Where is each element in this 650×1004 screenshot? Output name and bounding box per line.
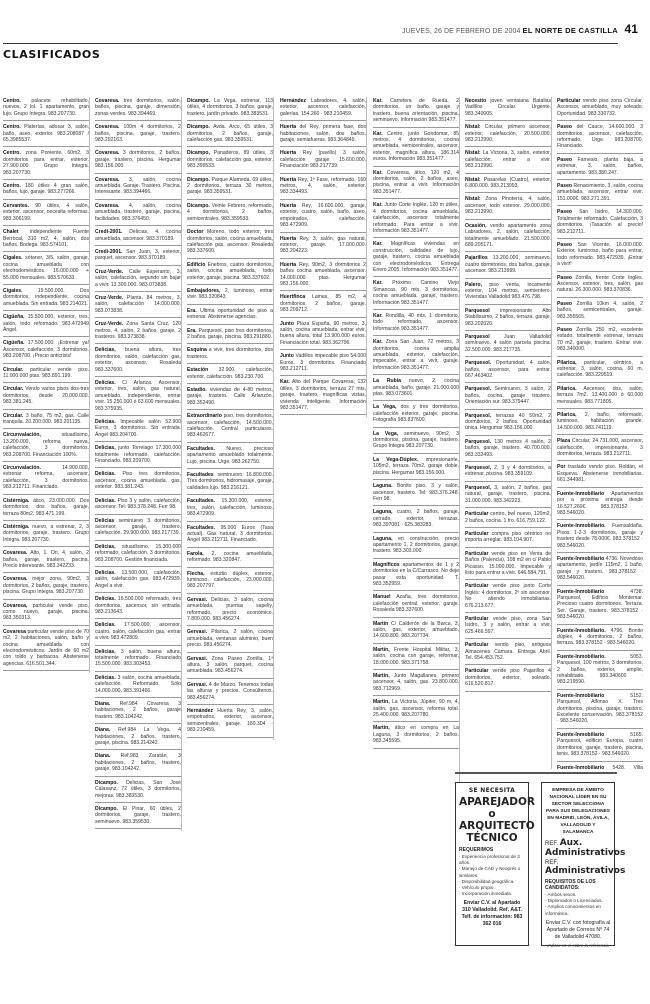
entry-keyword: Dicampo. [95, 806, 118, 812]
entry-keyword: Circular. [3, 386, 23, 392]
header-rule [3, 43, 618, 44]
classified-entry: Huerta Rey (pavillo) 3 salón, calefacció… [280, 149, 366, 173]
entry-keyword: Fuente-Inmobiliario [557, 732, 604, 738]
entry-keyword: Pajarillos [465, 255, 488, 261]
classified-entry: Particular compra piso céntrico no impor… [465, 530, 551, 548]
entry-text: Zona San Juan, 72 metros, 3 dormitorios,… [373, 339, 459, 371]
classified-entry: Particular vendo piso zona Circular. Asc… [557, 97, 643, 121]
classified-entry: Circunvalación. 14.900.000, estrenar ref… [3, 464, 89, 495]
classified-entry: Particular vende piso Pajarillos 4 dormi… [465, 667, 551, 691]
entry-keyword: Kar. [373, 280, 383, 286]
classified-entry: Covaresa. 3, salón, cocina amueblada. Ga… [95, 176, 181, 200]
classified-entry: Cistérniga. nuevo, a estrenar, 2, 3 dorm… [3, 523, 89, 547]
classified-entry: Parquesol impresionante Alto Stabilissim… [465, 307, 551, 331]
classified-entry: Particular vendo piso, antiguos Almacene… [465, 641, 551, 665]
ad-contact: Enviar C.V. con fotografía al Apartado d… [545, 920, 611, 941]
classified-entry: Kar. Rondilla, 40 mts, 1 dormitorio, tod… [373, 312, 459, 336]
entry-keyword: Huerta [280, 236, 296, 242]
classified-entry: Circular. particular vende piso. 11.000.… [3, 366, 89, 384]
entry-keyword: Particular [465, 551, 489, 557]
classified-entry: Dicampo. Avda. Arco, 65 útiles, 3 dormit… [187, 123, 273, 147]
classified-entry: Delicias, junto Torrelago 17.300.000 tot… [95, 444, 181, 468]
classified-entry: Nistal: Pasarelas (Cuatro), exterior, 6.… [465, 176, 551, 194]
entry-keyword: Magníficos [373, 562, 400, 568]
entry-keyword: Fuente-Inmobiliario. [557, 654, 606, 660]
entry-keyword: Credi-2001. [95, 249, 122, 255]
entry-keyword: Hernández [187, 708, 213, 714]
classified-entry: Kar. Covaresa, ático, 120 m2, 4 dormitor… [373, 169, 459, 200]
entry-keyword: Kar. [373, 98, 383, 104]
classified-entry: Martín C/ Calderón de la Barca, 3, salón… [373, 620, 459, 644]
entry-keyword: Edificio [187, 262, 205, 268]
classified-entry: Plaza Circular, 24.731.000, ascensor, ca… [557, 437, 643, 461]
classified-entry: Kar. Zona San Juan, 72 metros, 3 dormito… [373, 338, 459, 375]
entry-keyword: Parquesol. [465, 439, 491, 445]
classified-entry: Fuente-Inmobiliario 5152. Parquesol, Alf… [557, 692, 643, 729]
entry-keyword: Fuente-Inmobiliario. [557, 523, 606, 529]
entry-keyword: Esquina [187, 347, 207, 353]
entry-keyword: Delicias. [95, 419, 116, 425]
classified-entry: Fuente-Inmobiliario 5428. Villa Rubia, a… [557, 764, 643, 770]
entry-keyword: Martín, [373, 699, 390, 705]
entry-keyword: Delicias, [95, 649, 116, 655]
ad-requirement: - Amplios conocimientos en informática. [545, 904, 611, 916]
entry-keyword: Covaresa [3, 629, 26, 635]
classified-entry: Pilarica, 2, baño, reformado, luminoso, … [557, 411, 643, 435]
classified-entry: Fuente-Inmobiliario. 5053. Parquesol, 10… [557, 653, 643, 690]
classified-entry: Circunvalación, situadísimo, 13.200.000,… [3, 431, 89, 462]
newspaper-name: EL NORTE DE CASTILLA [523, 26, 618, 35]
entry-text: Circular, 24.731.000, ascensor, calefacc… [557, 438, 643, 457]
entry-keyword: Circular. [3, 413, 23, 419]
classified-entry: Particular vende piso, zona San Isidro, … [465, 615, 551, 639]
entry-keyword: Covaresa. [95, 203, 119, 209]
classified-entry: Delicias. 3 salón, cocina amueblada, cal… [95, 674, 181, 698]
classified-entry: Huertfinca Lamas, 85 m2, 4 dormitorios, … [280, 293, 366, 317]
column-6: Necesito joven ventaiana Batallas Vadill… [465, 97, 552, 769]
classified-entry: Laguna, cuatro, 2 baños, garaje, cerrado… [373, 508, 459, 532]
classified-entry: Paseo San Vicente, 16.000.000. Exterior,… [557, 241, 643, 272]
classified-entry: Palero, piso venta, locamente exterior, … [465, 281, 551, 305]
classified-entry: Facultades. 95.000 Euros (Tasa actual). … [187, 524, 273, 548]
classified-entry: Necesito joven ventaiana Batallas Vadill… [465, 97, 551, 121]
page-number: 41 [624, 22, 638, 36]
classified-entry: Cervantes. 90 útiles, 4 salón, exterior,… [3, 202, 89, 226]
entry-text: Alto del Parque Covaresa, 132 útiles, 3 … [280, 379, 366, 411]
classified-entry: Centro. zona Poniente, 60m2, 3 dormitori… [3, 149, 89, 180]
entry-keyword: Cigüeña. [3, 314, 25, 320]
classified-entry: Delicias, buena altura, tres dormitorios… [95, 346, 181, 377]
entry-keyword: Por [557, 464, 566, 470]
entry-keyword: Covaresa. [95, 177, 119, 183]
entry-text: Ultima oportunidad de piso a estrenar. A… [187, 308, 273, 320]
classified-entry: Cigales. 19.500.000. Dos dormitorios, in… [3, 287, 89, 311]
classified-entry: Parquesol, terrazas 40 50m2, 2 dormitori… [465, 412, 551, 436]
ad-ref-title: Aux. Administrativos [545, 838, 625, 858]
entry-keyword: Pilarica, [557, 360, 577, 366]
column-4: Hernández Labradores, 4, salón, exterior… [280, 97, 367, 417]
classified-entry: Kar. Próximo Camino Viejo Simancas, 90 m… [373, 279, 459, 310]
entry-text: Próximo Camino Viejo Simancas, 90 mts, 3… [373, 280, 459, 305]
entry-keyword: Paseo [557, 157, 572, 163]
ad-requirement: · Experiencia profesional de 3 años. [459, 854, 525, 866]
classified-entry: Paseo Renacimiento, 3, salón, cocina amu… [557, 182, 643, 206]
column-1: Centro. palacete rehabilitado, nuevos, 2… [3, 97, 90, 673]
classified-entry: Cigüeña. 15.500.000, exterior, tres, sal… [3, 313, 89, 337]
classified-entry: Fuente-Inmobiliario 4738. Parquesol, Edi… [557, 588, 643, 625]
entry-keyword: Parquesol, [465, 413, 491, 419]
entry-keyword: Laguna. [373, 483, 393, 489]
classified-entry: Centro. palacete rehabilitado, nuevos, 2… [3, 97, 89, 121]
entry-keyword: Kar. [373, 202, 383, 208]
entry-keyword: La Rubia [373, 378, 401, 384]
entry-keyword: Diana. [95, 753, 110, 759]
entry-keyword: Huerta [280, 203, 296, 209]
entry-keyword: Particular [465, 511, 489, 517]
entry-keyword: Centro. [3, 183, 21, 189]
classified-entry: Covaresa. Alto, 1. Ori, 4, salón, 2 baño… [3, 549, 89, 573]
entry-keyword: Parquesol. [465, 360, 491, 366]
classified-entry: Delicias. Piso tres dormitorios, ascenso… [95, 470, 181, 494]
classified-entry: Embajadores, 2, luminoso, entrar vivir. … [187, 287, 273, 305]
classified-entry: Cruz-Verde. Zona Santa Cruz, 120 metros,… [95, 320, 181, 344]
entry-keyword: Palero, [465, 282, 482, 288]
classified-entry: Fuente-Inmobiliario Apartamentos por a p… [557, 490, 643, 521]
entry-keyword: Kar. [373, 131, 383, 137]
classified-entry: Covaresa particular vende piso de 70 m2,… [3, 628, 89, 671]
classified-entry: Covaresa. 100m 4 dormitorios, 2 baños, p… [95, 123, 181, 147]
entry-keyword: Diana. [95, 701, 110, 707]
classified-entry: Huerta Rey, 90m2, 3 dormitorios 2 baños … [280, 261, 366, 292]
entry-keyword: La Vega, [373, 404, 396, 410]
entry-keyword: Circunvalación, [3, 432, 41, 438]
entry-keyword: Cigales. [3, 255, 23, 261]
entry-keyword: Cruz-Verde. [95, 295, 123, 301]
classified-entry: Gervasi. 4 de Marzo. Tenemos todas las a… [187, 681, 273, 705]
entry-keyword: Gervasi. [187, 656, 207, 662]
entry-keyword: Pilarica. [557, 386, 577, 392]
entry-keyword: Delicias. [95, 498, 116, 504]
classified-entry: Dicampo. La Vega, estrenar, 113 útiles, … [187, 97, 273, 121]
entry-keyword: Nistal: [465, 124, 481, 130]
classified-entry: Era. Parquesol, piso tres dormitorios, 2… [187, 327, 273, 345]
ad-requirements-label: REQUERIMOS [459, 847, 525, 853]
classified-entry: Gervasi. Zona Paseo Zorrilla, 1ª altura,… [187, 655, 273, 679]
classified-entry: Pajarillos 13.200.000, seminuevo, cuatro… [465, 254, 551, 278]
classified-entry: Martín, Junto Magallanes, primero ascens… [373, 672, 459, 696]
entry-keyword: Delicias. [95, 596, 116, 602]
ad-title-line-1: APAREJADOR [459, 796, 525, 808]
page-masthead: JUEVES, 26 DE FEBRERO DE 2004 EL NORTE D… [0, 26, 618, 40]
classified-entry: Huerta Rey, 16.600.000, garaje, exterior… [280, 202, 366, 233]
entry-keyword: Era. [187, 308, 197, 314]
entry-keyword: Parquesol [465, 308, 490, 314]
entry-keyword: Circular. [3, 367, 23, 373]
entry-keyword: Huerta [280, 150, 296, 156]
job-ad-administrativos: EMPRESA DE ÁMBITO NACIONAL LÍDER EN SU S… [541, 782, 615, 946]
entry-keyword: Particular [465, 583, 489, 589]
classified-entry: Circular. 3 baño, 75 m2, gas. Calle tran… [3, 412, 89, 430]
classified-entry: Parquesol, 2, 3 y 4 dormitorios, a estre… [465, 464, 551, 482]
classified-entry: Delicias seminuevo 3 dormitorios, ascens… [95, 517, 181, 541]
entry-keyword: Fuente-Inmobiliario [557, 693, 604, 699]
entry-keyword: Parquesol, [465, 465, 491, 471]
entry-keyword: Nistal: [465, 150, 481, 156]
classified-entry: Particular vende piso en Venta de Baños … [465, 550, 551, 581]
classified-entry: Era. Ultima oportunidad de piso a estren… [187, 307, 273, 325]
classified-entry: Centro. 180 útiles 4 gran salón, baños, … [3, 182, 89, 200]
issue-date: JUEVES, 26 DE FEBRERO DE 2004 [402, 28, 520, 35]
classified-entry: Nistal: Zona Pinoterra, 4, salón, ascens… [465, 195, 551, 219]
classified-entry: Delicias. C/ Arlanza. Ascensor, exterior… [95, 379, 181, 416]
entry-keyword: Embajadores, [187, 288, 220, 294]
ad-title-line-3: TÉCNICO [459, 832, 525, 844]
classified-entry: Farola, 2, cocina amueblada, reformado. … [187, 550, 273, 568]
entry-keyword: Paseo [557, 242, 572, 248]
classified-entry: Circular. Vendo varios pisos dos-tres do… [3, 385, 89, 409]
entry-keyword: Delicias, [95, 445, 116, 451]
entry-keyword: Kar. [373, 313, 383, 319]
classified-entry: Facultades. Nuevo, precioso apartamento … [187, 445, 273, 469]
entry-keyword: Cruz-Verde. [95, 321, 123, 327]
classified-entry: Credi-2001. Delicias, 4, cocina amueblad… [95, 228, 181, 246]
entry-keyword: Delicias. [95, 570, 116, 576]
entry-keyword: Delicias. [95, 675, 116, 681]
entry-keyword: Farola, [187, 551, 204, 557]
classified-entry: Particular vende piso junto Corte Inglés… [465, 582, 551, 613]
classified-entry: Huerta Rey, 1ª Fase, reformado, 160 metr… [280, 176, 366, 200]
entry-keyword: Delicias. [95, 380, 116, 386]
entry-keyword: Gervasi. [187, 597, 207, 603]
entry-text: Magníficas viviendas en construcción, ca… [373, 241, 459, 273]
entry-keyword: Delicias, [95, 544, 116, 550]
ad-requirements-list: · Experiencia profesional de 3 años. · M… [459, 854, 525, 897]
entry-keyword: Junto [280, 353, 294, 359]
ad-note: Indicar en el sobre la referencia [545, 943, 611, 948]
classified-entry: Fuente-Inmobiliario 4736. Novedoso apart… [557, 555, 643, 586]
entry-text: Centro, junto Gondomar, 85 metros, 4 dor… [373, 131, 459, 163]
entry-keyword: Cervantes. [3, 203, 29, 209]
classified-entry: Paseo Zorrilla 10km 4, salón, 2 baños, s… [557, 300, 643, 324]
classified-entry: Covaresa. mejor zona, 90m2, 3 dormitorio… [3, 575, 89, 599]
entry-keyword: La Vega-Dúplex. [373, 457, 418, 463]
entry-keyword: Cistérniga. [3, 524, 29, 530]
classified-entry: Por traslado vendo piso. Roldán, el Esqu… [557, 463, 643, 487]
entry-keyword: Estación [187, 367, 208, 373]
entry-keyword: Chalet [3, 229, 19, 235]
entry-keyword: Covaresa. [95, 150, 119, 156]
entry-keyword: Dicampo. [187, 124, 210, 130]
classified-entry: Kar. Carretera de Rueda, 2 dormitorios, … [373, 97, 459, 128]
entry-keyword: Fuente-Inmobiliario. [557, 628, 606, 634]
entry-keyword: Dicampo. [187, 177, 210, 183]
classified-entry: La Rubia nuevo, 2, cocina amueblada, bañ… [373, 377, 459, 401]
entry-keyword: Laguna, [373, 509, 393, 515]
entry-keyword: Fuente-Inmobiliario [557, 589, 604, 595]
entry-keyword: Cigüeña. [3, 340, 25, 346]
classified-entry: Doctor Moreno, todo exterior, tres dormi… [187, 228, 273, 259]
classified-entry: Centro. Platerías, adosar 3, salón, baño… [3, 123, 89, 147]
entry-keyword: Estadio. [187, 387, 207, 393]
classified-entry: Hernández Labradores, 4, salón, exterior… [280, 97, 366, 121]
classified-entry: Laguna. Bonito piso, 3 y salón, ascensor… [373, 482, 459, 506]
classified-entry: Junto Vadillos impecable piso 54.000 Eur… [280, 352, 366, 376]
classified-entry: Delicias. 13.500.000, calefacción, salón… [95, 569, 181, 593]
entry-keyword: Martín, [373, 673, 390, 679]
ad-kicker: SE NECESITA [459, 787, 525, 794]
classified-entry: Estadio. viviendas de 4-80 metros, garaj… [187, 386, 273, 410]
classified-entry: Magníficos apartamentos de 1 y 2 dormito… [373, 561, 459, 592]
classified-entry: Parquesol Juan Valladolid seminuevo. 4 s… [465, 333, 551, 357]
classified-entry: Dicampo, Panaderos, 89 útiles, 3 dormito… [187, 149, 273, 173]
ad-requirements-list: - Ambos sexos. - Diplomados o Licenciado… [545, 892, 611, 917]
classified-entry: Chalet independiente Fuente Berrocal, 31… [3, 228, 89, 252]
ad-header: EMPRESA DE ÁMBITO NACIONAL LÍDER EN SU S… [545, 787, 611, 836]
classified-entry: Cistérniga. ático, 23.000.000. Dos dormi… [3, 497, 89, 521]
entry-keyword: Fuente-Inmobiliario [557, 556, 604, 562]
entry-keyword: Huerta [280, 124, 296, 130]
classified-entry: Diana. Ref.984 La Vega, 4 habitaciones, … [95, 726, 181, 750]
entry-keyword: Paseo [557, 301, 572, 307]
entry-keyword: Particular [465, 616, 489, 622]
ad-requirements-label: REQUISITOS DE LOS CANDIDATOS: [545, 879, 611, 891]
classified-entry: Paseo Zorrilla, frente Corte Inglés. Asc… [557, 274, 643, 298]
classified-entry: Parquesol, 3, salón, 2 baños, gas natura… [465, 484, 551, 508]
entry-keyword: Covaresa. [3, 576, 27, 582]
classified-entry: Kar. Junto Corte Inglés, 120 m útiles, 4… [373, 201, 459, 238]
column-2: Covaresa. tres dormitorios, salón, baños… [95, 97, 182, 831]
classified-entry: Delicias. 17.500.000, ascensor, cuatro, … [95, 621, 181, 645]
entry-keyword: Dicampo. [187, 203, 210, 209]
entry-keyword: Particular [465, 668, 489, 674]
classified-entry: Delicias. Impecable salón 52.900 Euros, … [95, 418, 181, 442]
entry-text: Parquesol, piso tres dormitorios, 2 baño… [187, 328, 273, 340]
classified-entry: Facultades. 15.300.000, exterior, tres, … [187, 497, 273, 521]
ad-requirement: · Manejo de CAD y Neoprés o similares. [459, 866, 525, 878]
ad-ref-2: REF. Administrativos [545, 860, 611, 876]
column-5: Kar. Carretera de Rueda, 2 dormitorios, … [373, 97, 460, 942]
entry-keyword: Diana. [95, 727, 110, 733]
entry-keyword: Kar. [280, 379, 290, 385]
entry-keyword: Martín [373, 621, 388, 627]
classified-entry: Dicampo. El Pinar, 60 útiles, 2 dormitor… [95, 805, 181, 829]
classified-entry: Cruz-Verde. Calle Esperanto, 3, salón, c… [95, 268, 181, 292]
entry-keyword: Parquesol, [465, 485, 491, 491]
entry-keyword: Dicampo. [95, 780, 118, 786]
entry-keyword: Dicampo. [187, 98, 210, 104]
classified-entry: Parquesol. 130 metros 4 salón, 2 baños, … [465, 438, 551, 462]
classified-entry: Fuente-Inmobiliario. Fuensaldaña. Pisos … [557, 522, 643, 553]
entry-keyword: Centro. [3, 150, 21, 156]
classified-entry: Diana. Ref.983 Zaratán, 3 habitaciones, … [95, 752, 181, 776]
ad-contact: Enviar C.V. al Apartado 310 Valladolid. … [459, 900, 525, 928]
entry-keyword: Delicias [95, 518, 114, 524]
entry-text: particular vende piso de 70 m2, 2 habita… [3, 629, 89, 667]
classified-entry: Martín, La Victoria, Júpiter, 90 m, 4, s… [373, 698, 459, 722]
classified-entry: Huerta Rey, 3, salón, gas natural, exter… [280, 235, 366, 259]
classified-entry: Paseo Zorrilla 250 m2, excelente estado,… [557, 326, 643, 357]
classified-entry: Fuente-Inmobiliario 5165. Parquesol, edi… [557, 731, 643, 762]
entry-keyword: Particular [465, 531, 489, 537]
section-title: CLASIFICADOS [3, 48, 100, 61]
entry-keyword: Parquesol [465, 334, 490, 340]
ads-separator-rule [455, 772, 617, 774]
classified-entry: Delicias. 16.500.000 reformado, tres dor… [95, 595, 181, 619]
classified-entry: La Vega-Dúplex. impresionante, 105m2, te… [373, 456, 459, 480]
classified-entry: Parquesol. Oportunidad, 4 salón, baños, … [465, 359, 551, 383]
entry-keyword: Huertfinca [280, 294, 305, 300]
entry-keyword: Paseo [557, 183, 572, 189]
classified-entry: Ocasión, vendo apartamento zona Labrador… [465, 222, 551, 253]
ad-title-line-2: o ARQUITECTO [459, 808, 525, 832]
classified-entry: Hernández Huerta Rey, 3, salón, empotrad… [187, 707, 273, 738]
entry-keyword: Delicias, [95, 347, 116, 353]
entry-keyword: Martín, [373, 725, 390, 731]
ad-ref-title: Administrativos [545, 866, 625, 876]
entry-keyword: Kar. [373, 241, 383, 247]
entry-keyword: Facultades. [187, 446, 215, 452]
entry-keyword: Laguna, [373, 536, 393, 542]
entry-keyword: Kar. [373, 170, 383, 176]
classified-entry: Parquesol. Seminuevo, 3 salón, 2 baños, … [465, 385, 551, 409]
entry-keyword: Centro. [3, 124, 21, 130]
entry-keyword: Paseo [557, 209, 572, 215]
classified-entry: La Vega, seminuevo, 90m2, 3 dormitorios,… [373, 430, 459, 454]
classified-entry: Dicampo. Parque Alameda, 69 útiles, 2 do… [187, 176, 273, 200]
classified-entry: Particular centro, bwl nuevo, 120m2, 2 b… [465, 510, 551, 528]
entry-keyword: Hernández [280, 98, 306, 104]
entry-keyword: Paseo [557, 124, 572, 130]
classified-entry: Junto Plaza España, 90 metros, 3, salón,… [280, 320, 366, 351]
entry-keyword: Flecha, [187, 571, 205, 577]
entry-text: traslado vendo piso. Roldán, el Esqueva.… [557, 464, 643, 483]
ad-ref-prefix: REF. [545, 841, 558, 847]
entry-keyword: Centro. [3, 98, 21, 104]
entry-keyword: Circunvalación. [3, 465, 41, 471]
entry-keyword: Martín, [373, 647, 390, 653]
classified-entry: Delicias. Piso 3 y salón, calefacción, a… [95, 497, 181, 515]
entry-keyword: Ocasión, [465, 223, 487, 229]
classified-entry: Cigüeña. 17.500.000. ¡Estrenar ya! Ascen… [3, 339, 89, 363]
entry-keyword: Delicias. [95, 471, 116, 477]
classified-entry: Pilarica. Ascensor, dos, salón, terraza … [557, 385, 643, 409]
classified-entry: Martín, Frente Hospital Militar, 3, saló… [373, 646, 459, 670]
classified-entry: Cigales. sótanor, 3/5, salón, garaje, co… [3, 254, 89, 285]
classified-entry: Nistal: La Victoria, 3, salón, exterior,… [465, 149, 551, 173]
entry-keyword: Gervasi. [187, 682, 207, 688]
entry-keyword: Kar. [373, 339, 383, 345]
entry-keyword: Parquesol. [465, 386, 491, 392]
classified-entry: Manuel Azaña, tres dormitorios, calefacc… [373, 593, 459, 617]
classified-entry: La Vega, dos y tres dormitorios, calefac… [373, 403, 459, 427]
ad-ref-1: REF. Aux. Administrativos [545, 838, 611, 858]
entry-keyword: Extraordinario [187, 413, 222, 419]
classified-entry: Nistal: Circular, primero ascensor, exte… [465, 123, 551, 147]
entry-keyword: La Vega, [373, 431, 398, 437]
classified-entry: Estación 32.900, calefacción, exterior, … [187, 366, 273, 384]
entry-keyword: Facultades. [187, 498, 215, 504]
classified-entry: Extraordinario piso, tres dormitorios, a… [187, 412, 273, 443]
entry-keyword: Manuel [373, 594, 391, 600]
classified-entry: Gervasi. Pilarica, 2 salón, cocina amueb… [187, 628, 273, 652]
entry-keyword: Covaresa. [3, 550, 27, 556]
entry-keyword: Pilarica, [557, 412, 577, 418]
classified-entry: Covaresa, particular vende piso, como nu… [3, 602, 89, 626]
entry-keyword: Cigales. [3, 288, 23, 294]
entry-keyword: Nistal: [465, 196, 481, 202]
classified-entry: Laguna, en construcción, precio apartame… [373, 535, 459, 559]
entry-text: Covaresa, ático, 120 m2, 4 dormitorios, … [373, 170, 459, 195]
